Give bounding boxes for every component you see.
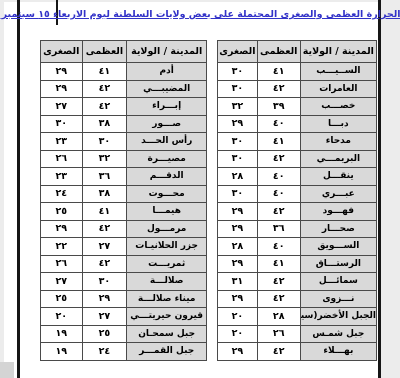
- min-temp-cell: ٢٠: [218, 308, 258, 326]
- city-cell: بهـــلاء: [300, 343, 376, 361]
- min-temp-cell: ٢٩: [218, 203, 258, 221]
- city-cell: دبـــا: [300, 115, 376, 133]
- min-temp-cell: ٢٨: [218, 168, 258, 186]
- table-row: محـــوت ٣٨ ٢٤: [41, 185, 207, 203]
- min-temp-cell: ٢٩: [218, 255, 258, 273]
- min-temp-cell: ٣٠: [218, 185, 258, 203]
- city-cell: صلالـــة: [127, 273, 207, 291]
- header-min-column: الصغرى: [218, 41, 258, 63]
- table-row: جبل شمـس ٢٦ ٢٠: [218, 325, 377, 343]
- table-row: جبل القمـــر ٢٤ ١٩: [41, 343, 207, 361]
- table-row: نـــزوى ٤٢ ٢٩: [218, 290, 377, 308]
- table-row: العامرات ٤٢ ٣٠: [218, 80, 377, 98]
- min-temp-cell: ٢٥: [41, 203, 83, 221]
- table-row: رأس الحـــد ٣٠ ٢٣: [41, 133, 207, 151]
- table-row: جزر الحلانيـات ٢٧ ٢٢: [41, 238, 207, 256]
- max-temp-cell: ٢٨: [257, 308, 300, 326]
- city-cell: المضيبـــي: [127, 80, 207, 98]
- min-temp-cell: ٢٩: [218, 220, 258, 238]
- city-cell: محـــوت: [127, 185, 207, 203]
- city-cell: نـــزوى: [300, 290, 376, 308]
- max-temp-cell: ٤١: [82, 63, 127, 81]
- max-temp-cell: ٣٢: [82, 150, 127, 168]
- table-row: قيرون حيريتـــي ٢٧ ٢٠: [41, 308, 207, 326]
- city-cell: جبل شمـس: [300, 325, 376, 343]
- city-cell: مصيـــرة: [127, 150, 207, 168]
- table-row: عبـــري ٤٠ ٣٠: [218, 185, 377, 203]
- city-cell: رأس الحـــد: [127, 133, 207, 151]
- max-temp-cell: ٣٠: [82, 133, 127, 151]
- page-title-text: درجات الحرارة العظمى والصغرى المحتملة عل…: [0, 9, 400, 20]
- scan-corner-bottom-left: [0, 362, 14, 378]
- table-row: فهـــود ٤٢ ٢٩: [218, 203, 377, 221]
- min-temp-cell: ٢٥: [41, 290, 83, 308]
- max-temp-cell: ٤٢: [257, 203, 300, 221]
- max-temp-cell: ٤٢: [82, 255, 127, 273]
- scan-edge-top: [0, 0, 400, 2]
- min-temp-cell: ٢٧: [41, 273, 83, 291]
- table-row: المضيبـــي ٤٢ ٢٩: [41, 80, 207, 98]
- min-temp-cell: ١٩: [41, 325, 83, 343]
- table-row: الجبل الأخضر(سيق) ٢٨ ٢٠: [218, 308, 377, 326]
- city-cell: جزر الحلانيـات: [127, 238, 207, 256]
- min-temp-cell: ٢٣: [41, 133, 83, 151]
- min-temp-cell: ٢٦: [41, 150, 83, 168]
- header-row: المدينة / الولاية العظمى الصغرى: [218, 41, 377, 63]
- max-temp-cell: ٣٦: [257, 220, 300, 238]
- header-max-column: العظمى: [82, 41, 127, 63]
- min-temp-cell: ٢٢: [41, 238, 83, 256]
- min-temp-cell: ٢٠: [218, 325, 258, 343]
- table-row: البريمـــي ٤٢ ٣٠: [218, 150, 377, 168]
- table-row: الســـويق ٤٠ ٢٨: [218, 238, 377, 256]
- city-cell: خصـــب: [300, 98, 376, 116]
- max-temp-cell: ٤٢: [82, 220, 127, 238]
- city-cell: عبـــري: [300, 185, 376, 203]
- min-temp-cell: ٢٦: [41, 255, 83, 273]
- max-temp-cell: ٣٩: [257, 98, 300, 116]
- min-temp-cell: ٣٠: [41, 115, 83, 133]
- city-cell: هيمـــا: [127, 203, 207, 221]
- city-cell: الرستـــاق: [300, 255, 376, 273]
- scan-edge-right: [381, 0, 400, 378]
- table-row: الرستـــاق ٤١ ٢٩: [218, 255, 377, 273]
- max-temp-cell: ٤١: [82, 203, 127, 221]
- min-temp-cell: ٢٩: [41, 220, 83, 238]
- city-cell: مرمـــول: [127, 220, 207, 238]
- temperature-table-right: المدينة / الولاية العظمى الصغرى الســيــ…: [217, 40, 377, 361]
- max-temp-cell: ٣٨: [82, 185, 127, 203]
- header-max-column: العظمى: [257, 41, 300, 63]
- temperature-table-left: المدينة / الولاية العظمى الصغرى أدم ٤١ ٢…: [40, 40, 207, 361]
- min-temp-cell: ٢٩: [41, 80, 83, 98]
- max-temp-cell: ٢٧: [82, 308, 127, 326]
- table-row: صحـــار ٣٦ ٢٩: [218, 220, 377, 238]
- scan-border-right: [378, 0, 381, 378]
- city-cell: ينقـــل: [300, 168, 376, 186]
- city-cell: البريمـــي: [300, 150, 376, 168]
- min-temp-cell: ٣٠: [218, 133, 258, 151]
- max-temp-cell: ٢٩: [82, 290, 127, 308]
- table-row: صـــور ٣٨ ٣٠: [41, 115, 207, 133]
- header-city-column: المدينة / الولاية: [300, 41, 376, 63]
- table-row: مصيـــرة ٣٢ ٢٦: [41, 150, 207, 168]
- min-temp-cell: ٣١: [218, 273, 258, 291]
- city-cell: الدقـــم: [127, 168, 207, 186]
- table-row: ميناء صلالـــة ٢٩ ٢٥: [41, 290, 207, 308]
- min-temp-cell: ٢٨: [218, 238, 258, 256]
- min-temp-cell: ٢٤: [41, 185, 83, 203]
- table-row: جبل سمحـان ٢٥ ١٩: [41, 325, 207, 343]
- city-cell: ثمريـــت: [127, 255, 207, 273]
- city-cell: الجبل الأخضر(سيق): [300, 308, 376, 326]
- max-temp-cell: ٤٠: [257, 115, 300, 133]
- min-temp-cell: ٢٣: [41, 168, 83, 186]
- header-min-column: الصغرى: [41, 41, 83, 63]
- min-temp-cell: ٢٩: [218, 115, 258, 133]
- table-row: خصـــب ٣٩ ٣٢: [218, 98, 377, 116]
- max-temp-cell: ٢٦: [257, 325, 300, 343]
- min-temp-cell: ٢٩: [41, 63, 83, 81]
- min-temp-cell: ١٩: [41, 343, 83, 361]
- city-cell: جبل سمحـان: [127, 325, 207, 343]
- table-row: ينقـــل ٤٠ ٢٨: [218, 168, 377, 186]
- table-row: صلالـــة ٣٠ ٢٧: [41, 273, 207, 291]
- scan-edge-left: [0, 0, 4, 378]
- city-cell: فهـــود: [300, 203, 376, 221]
- city-cell: جبل القمـــر: [127, 343, 207, 361]
- table-row: ثمريـــت ٤٢ ٢٦: [41, 255, 207, 273]
- temperature-tables: المدينة / الولاية العظمى الصغرى الســيــ…: [40, 40, 377, 361]
- table-row: دبـــا ٤٠ ٢٩: [218, 115, 377, 133]
- min-temp-cell: ٢٠: [41, 308, 83, 326]
- header-city-column: المدينة / الولاية: [127, 41, 207, 63]
- min-temp-cell: ٣٠: [218, 63, 258, 81]
- max-temp-cell: ٤١: [257, 63, 300, 81]
- table-row: الســيـــب ٤١ ٣٠: [218, 63, 377, 81]
- table-row: هيمـــا ٤١ ٢٥: [41, 203, 207, 221]
- city-cell: أدم: [127, 63, 207, 81]
- table-row: مرمـــول ٤٢ ٢٩: [41, 220, 207, 238]
- max-temp-cell: ٤٢: [257, 80, 300, 98]
- header-row: المدينة / الولاية العظمى الصغرى: [41, 41, 207, 63]
- city-cell: سمائـــل: [300, 273, 376, 291]
- table-row: مدحاء ٤١ ٣٠: [218, 133, 377, 151]
- min-temp-cell: ٣٠: [218, 80, 258, 98]
- left-table-body: أدم ٤١ ٢٩ المضيبـــي ٤٢ ٢٩ إبـــراء ٤٢ ٢…: [41, 63, 207, 361]
- min-temp-cell: ٣٢: [218, 98, 258, 116]
- city-cell: الســيـــب: [300, 63, 376, 81]
- table-row: إبـــراء ٤٢ ٢٧: [41, 98, 207, 116]
- max-temp-cell: ٤٢: [257, 290, 300, 308]
- scan-border-left: [17, 0, 20, 378]
- max-temp-cell: ٢٥: [82, 325, 127, 343]
- max-temp-cell: ٤٠: [257, 238, 300, 256]
- max-temp-cell: ٤٢: [257, 273, 300, 291]
- min-temp-cell: ٣٠: [218, 150, 258, 168]
- max-temp-cell: ٣٨: [82, 115, 127, 133]
- max-temp-cell: ٤٠: [257, 168, 300, 186]
- page-title: درجات الحرارة العظمى والصغرى المحتملة عل…: [22, 9, 377, 20]
- city-cell: قيرون حيريتـــي: [127, 308, 207, 326]
- table-row: بهـــلاء ٤٢ ٢٩: [218, 343, 377, 361]
- min-temp-cell: ٢٩: [218, 290, 258, 308]
- max-temp-cell: ٢٤: [82, 343, 127, 361]
- city-cell: ميناء صلالـــة: [127, 290, 207, 308]
- table-row: الدقـــم ٣٦ ٢٣: [41, 168, 207, 186]
- max-temp-cell: ٢٧: [82, 238, 127, 256]
- max-temp-cell: ٣٦: [82, 168, 127, 186]
- max-temp-cell: ٣٠: [82, 273, 127, 291]
- min-temp-cell: ٢٩: [218, 343, 258, 361]
- max-temp-cell: ٤٢: [82, 80, 127, 98]
- max-temp-cell: ٤٢: [257, 343, 300, 361]
- max-temp-cell: ٤١: [257, 133, 300, 151]
- max-temp-cell: ٤٢: [257, 150, 300, 168]
- min-temp-cell: ٢٧: [41, 98, 83, 116]
- table-row: أدم ٤١ ٢٩: [41, 63, 207, 81]
- city-cell: إبـــراء: [127, 98, 207, 116]
- table-row: سمائـــل ٤٢ ٣١: [218, 273, 377, 291]
- max-temp-cell: ٤١: [257, 255, 300, 273]
- city-cell: مدحاء: [300, 133, 376, 151]
- right-table-body: الســيـــب ٤١ ٣٠ العامرات ٤٢ ٣٠ خصـــب ٣…: [218, 63, 377, 361]
- max-temp-cell: ٤٠: [257, 185, 300, 203]
- max-temp-cell: ٤٢: [82, 98, 127, 116]
- city-cell: الســـويق: [300, 238, 376, 256]
- city-cell: صـــور: [127, 115, 207, 133]
- city-cell: صحـــار: [300, 220, 376, 238]
- city-cell: العامرات: [300, 80, 376, 98]
